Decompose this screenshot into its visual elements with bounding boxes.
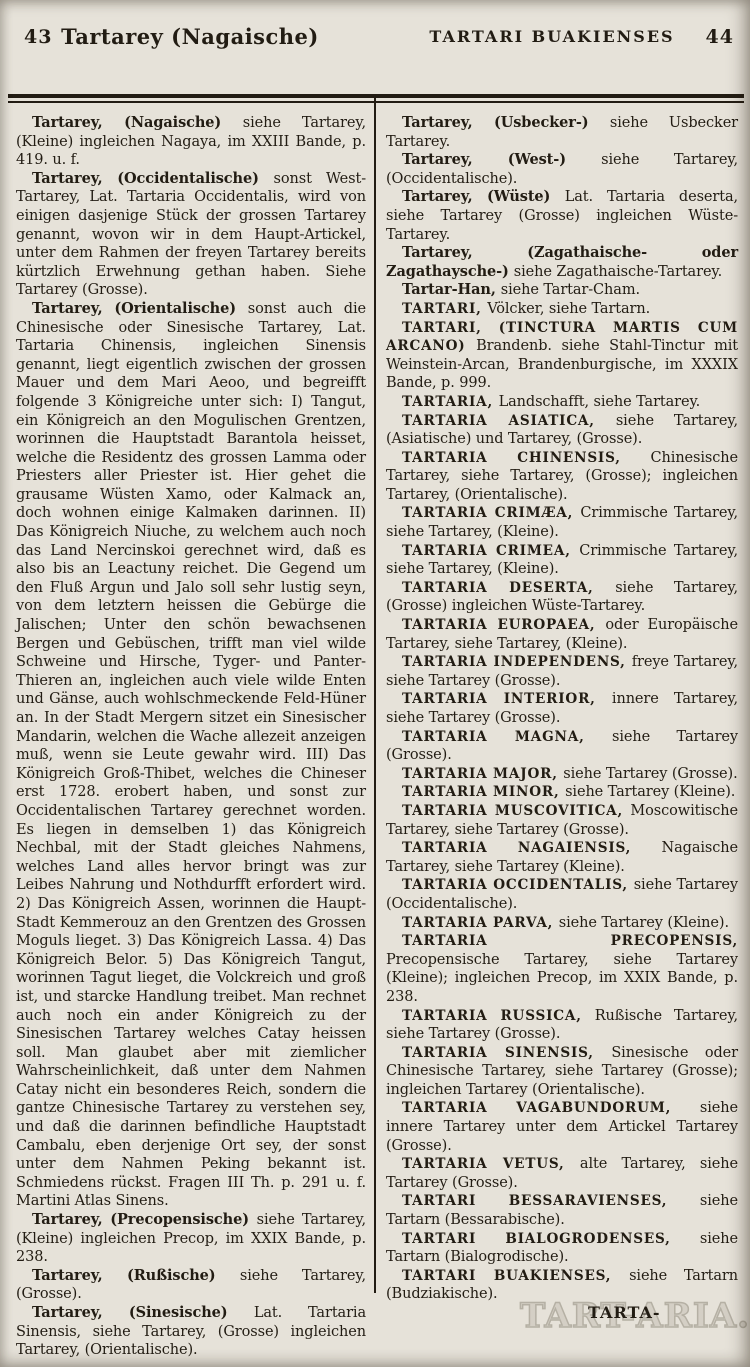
entry-paragraph: Tartarey, (Nagaische) siehe Tartarey, (K… [16,114,366,170]
entry-headword: TARTARIA MAJOR, [402,766,563,782]
entry-paragraph: TARTARIA EUROPAEA, oder Europäische Tart… [386,616,738,653]
page-number-right: 44 [706,26,734,48]
entry-paragraph: TARTARIA NAGAIENSIS, Nagaische Tartarey,… [386,839,738,876]
entry-paragraph: TARTARIA MINOR, siehe Tartarey (Kleine). [386,783,738,802]
entry-paragraph: TARTARI BESSARAVIENSES, siehe Tartarn (B… [386,1192,738,1229]
entry-headword: TARTARI BESSARAVIENSES, [402,1193,700,1209]
entry-paragraph: Tartarey, (Occidentalische) sonst West-T… [16,170,366,300]
running-title-right: TARTARI BUAKIENSES [429,27,674,46]
entry-paragraph: TARTARIA CRIMEA, Crimmische Tartarey, si… [386,542,738,579]
entry-paragraph: TARTARIA PRECOPENSIS, Precopensische Tar… [386,932,738,1006]
entry-headword: TARTARIA VETUS, [402,1156,580,1172]
entry-headword: TARTARIA SINENSIS, [402,1045,611,1061]
entry-paragraph: TARTARIA, Landschafft, siehe Tartarey. [386,393,738,412]
entry-paragraph: TARTARIA MAJOR, siehe Tartarey (Grosse). [386,765,738,784]
entry-headword: TARTARIA PRECOPENSIS, [402,933,738,949]
page-number-left: 43 [24,26,52,48]
entry-paragraph: TARTARIA CRIMÆA, Crimmische Tartarey, si… [386,504,738,541]
entry-headword: TARTARIA PARVA, [402,915,559,931]
entry-headword: TARTARIA OCCIDENTALIS, [402,877,634,893]
entry-paragraph: TARTARIA DESERTA, siehe Tartarey, (Gross… [386,579,738,616]
running-title-left: Tartarey (Nagaische) [61,24,319,49]
entry-headword: TARTARIA CHINENSIS, [402,450,651,466]
entry-headword: TARTARIA INDEPENDENS, [402,654,632,670]
entry-paragraph: TARTARI BIALOGRODENSES, siehe Tartarn (B… [386,1230,738,1267]
header-rule [8,94,744,103]
entry-paragraph: TARTARI, Völcker, siehe Tartarn. [386,300,738,319]
entry-headword: Tartarey, (Precopensische) [32,1211,257,1228]
entry-headword: Tartarey, (Usbecker-) [402,114,610,131]
entry-paragraph: TARTARIA SINENSIS, Sinesische oder Chine… [386,1044,738,1100]
entry-headword: TARTARIA ASIATICA, [402,413,616,429]
column-divider [374,97,376,1293]
entry-paragraph: TARTARIA INTERIOR, innere Tartarey, sieh… [386,690,738,727]
entry-paragraph: Tartarey, (Sinesische) Lat. Tartaria Sin… [16,1304,366,1360]
entry-paragraph: Tartarey, (Orientalische) sonst auch die… [16,300,366,1211]
entry-paragraph: TARTARIA MUSCOVITICA, Moscowitische Tart… [386,802,738,839]
entry-headword: TARTARIA RUSSICA, [402,1008,595,1024]
entry-headword: TARTARIA VAGABUNDORUM, [402,1100,700,1116]
entry-headword: TARTARI, (TINCTURA MARTIS CUM ARCANO) [386,320,738,355]
entry-paragraph: TARTARIA ASIATICA, siehe Tartarey, (Asia… [386,412,738,449]
entry-headword: TARTARIA CRIMÆA, [402,505,580,521]
entry-headword: Tartarey, (Sinesische) [32,1304,254,1321]
entry-paragraph: TARTARIA INDEPENDENS, freye Tartarey, si… [386,653,738,690]
entry-headword: TARTARIA DESERTA, [402,580,615,596]
entry-paragraph: TARTARIA OCCIDENTALIS, siehe Tartarey (O… [386,876,738,913]
entry-paragraph: Tartarey, (Wüste) Lat. Tartaria deserta,… [386,188,738,244]
entry-paragraph: TARTARIA VETUS, alte Tartarey, siehe Tar… [386,1155,738,1192]
entry-paragraph: Tartarey, (Usbecker-) siehe Usbecker Tar… [386,114,738,151]
entry-paragraph: Tartarey, (Zagathaische- oder Zagathaysc… [386,244,738,281]
entry-paragraph: TARTARIA PARVA, siehe Tartarey (Kleine). [386,914,738,933]
entry-paragraph: TARTARIA VAGABUNDORUM, siehe innere Tart… [386,1099,738,1155]
entry-headword: TARTARI, [402,301,487,317]
entry-paragraph: Tartarey, (Precopensische) siehe Tartare… [16,1211,366,1267]
entry-headword: TARTARIA MAGNA, [402,729,612,745]
entry-headword: TARTARIA INTERIOR, [402,691,612,707]
entry-paragraph: Tartar-Han, siehe Tartar-Cham. [386,281,738,300]
entry-paragraph: TARTARIA MAGNA, siehe Tartarey (Grosse). [386,728,738,765]
entry-paragraph: TARTARIA CHINENSIS, Chinesische Tartarey… [386,449,738,505]
entry-headword: Tartarey, (Wüste) [402,188,565,205]
entry-headword: Tartarey, (West-) [402,151,601,168]
entry-headword: Tartarey, (Occidentalische) [32,170,274,187]
entry-headword: Tartarey, (Orientalische) [32,300,248,317]
entry-headword: TARTARIA CRIMEA, [402,543,579,559]
right-column: Tartarey, (Usbecker-) siehe Usbecker Tar… [386,114,738,1304]
entry-headword: TARTARIA EUROPAEA, [402,617,605,633]
entry-paragraph: Tartarey, (Rußische) siehe Tartarey, (Gr… [16,1267,366,1304]
entry-headword: TARTARIA MINOR, [402,784,565,800]
entry-paragraph: TARTARIA RUSSICA, Rußische Tartarey, sie… [386,1007,738,1044]
entry-headword: TARTARI BUAKIENSES, [402,1268,629,1284]
entry-headword: TARTARI BIALOGRODENSES, [402,1231,700,1247]
left-column: Tartarey, (Nagaische) siehe Tartarey, (K… [16,114,366,1360]
entry-headword: Tartarey, (Rußische) [32,1267,240,1284]
entry-headword: Tartar-Han, [402,281,501,298]
entry-paragraph: TARTARI, (TINCTURA MARTIS CUM ARCANO) Br… [386,319,738,393]
catchword: TARTA- [588,1303,661,1322]
entry-paragraph: Tartarey, (West-) siehe Tartarey, (Occid… [386,151,738,188]
entry-headword: TARTARIA, [402,394,499,410]
entry-headword: Tartarey, (Zagathaische- oder Zagathaysc… [386,244,738,280]
entry-headword: TARTARIA MUSCOVITICA, [402,803,630,819]
entry-headword: TARTARIA NAGAIENSIS, [402,840,662,856]
entry-headword: Tartarey, (Nagaische) [32,114,243,131]
